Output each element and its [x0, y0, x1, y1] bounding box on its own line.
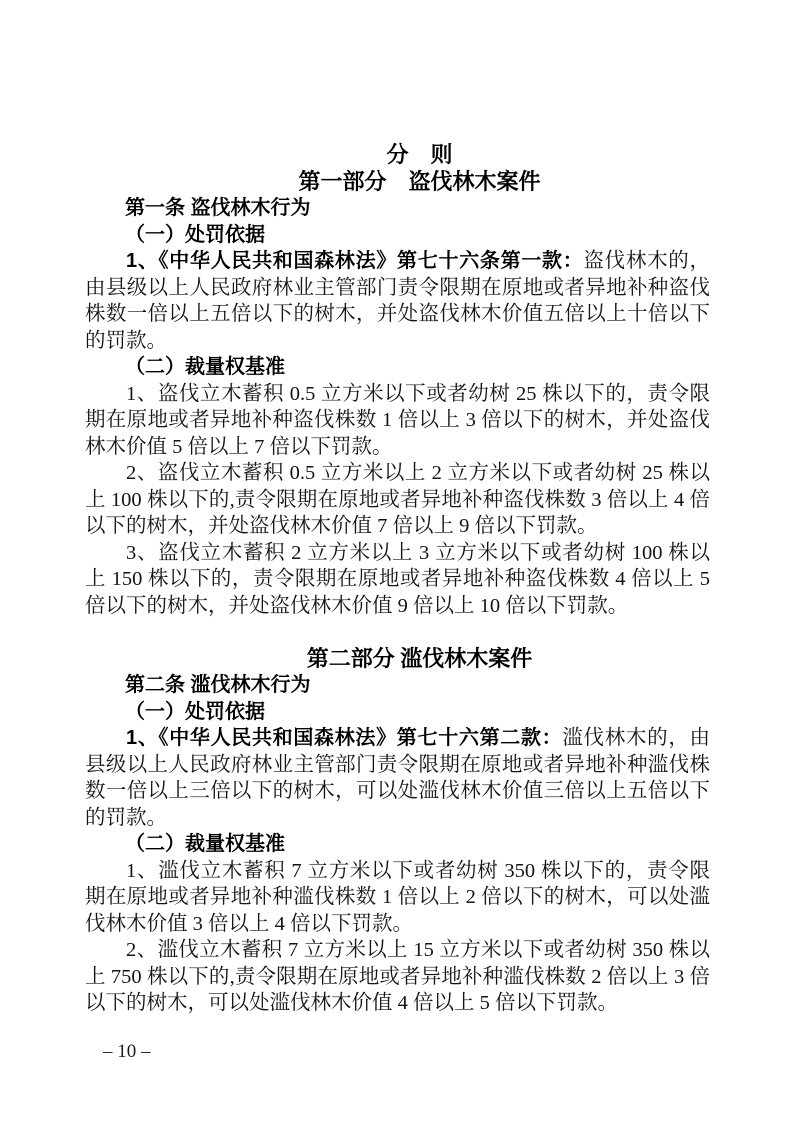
part2-basis-lead: 1、《中华人民共和国森林法》第七十六第二款： — [126, 727, 562, 749]
part1-benchmark-item-2: 2、盗伐立木蓄积 0.5 立方米以上 2 立方米以下或者幼树 25 株以上 10… — [85, 460, 710, 540]
part2-article-heading: 第二条 滥伐林木行为 — [85, 672, 710, 699]
part1-article-heading: 第一条 盗伐林木行为 — [85, 195, 710, 222]
document-title: 分 则 — [85, 141, 710, 168]
part1-benchmark-item-3: 3、盗伐立木蓄积 2 立方米以上 3 立方米以下或者幼树 100 株以上 150… — [85, 540, 710, 620]
part1-basis-lead: 1、《中华人民共和国森林法》第七十六条第一款： — [126, 250, 583, 272]
part2-basis-paragraph: 1、《中华人民共和国森林法》第七十六第二款：滥伐林木的，由县级以上人民政府林业主… — [85, 725, 710, 831]
part1-basis-paragraph: 1、《中华人民共和国森林法》第七十六条第一款：盗伐林木的，由县级以上人民政府林业… — [85, 248, 710, 354]
part1-section: 第一部分 盗伐林木案件 第一条 盗伐林木行为 （一）处罚依据 1、《中华人民共和… — [85, 168, 710, 619]
part1-basis-heading: （一）处罚依据 — [85, 222, 710, 249]
part2-basis-heading: （一）处罚依据 — [85, 699, 710, 726]
document-content: 分 则 第一部分 盗伐林木案件 第一条 盗伐林木行为 （一）处罚依据 1、《中华… — [85, 141, 710, 1017]
part1-heading: 第一部分 盗伐林木案件 — [85, 168, 710, 195]
document-page: 分 则 第一部分 盗伐林木案件 第一条 盗伐林木行为 （一）处罚依据 1、《中华… — [0, 0, 793, 1122]
part2-section: 第二部分 滥伐林木案件 第二条 滥伐林木行为 （一）处罚依据 1、《中华人民共和… — [85, 645, 710, 1017]
part1-benchmark-item-1: 1、盗伐立木蓄积 0.5 立方米以下或者幼树 25 株以下的，责令限期在原地或者… — [85, 381, 710, 461]
part2-benchmark-heading: （二）裁量权基准 — [85, 831, 710, 858]
part2-benchmark-item-1: 1、滥伐立木蓄积 7 立方米以下或者幼树 350 株以下的，责令限期在原地或者异… — [85, 858, 710, 938]
part2-benchmark-item-2: 2、滥伐立木蓄积 7 立方米以上 15 立方米以下或者幼树 350 株以上 75… — [85, 937, 710, 1017]
part2-heading: 第二部分 滥伐林木案件 — [85, 645, 710, 672]
page-number: – 10 – — [103, 1041, 151, 1063]
part1-benchmark-heading: （二）裁量权基准 — [85, 354, 710, 381]
